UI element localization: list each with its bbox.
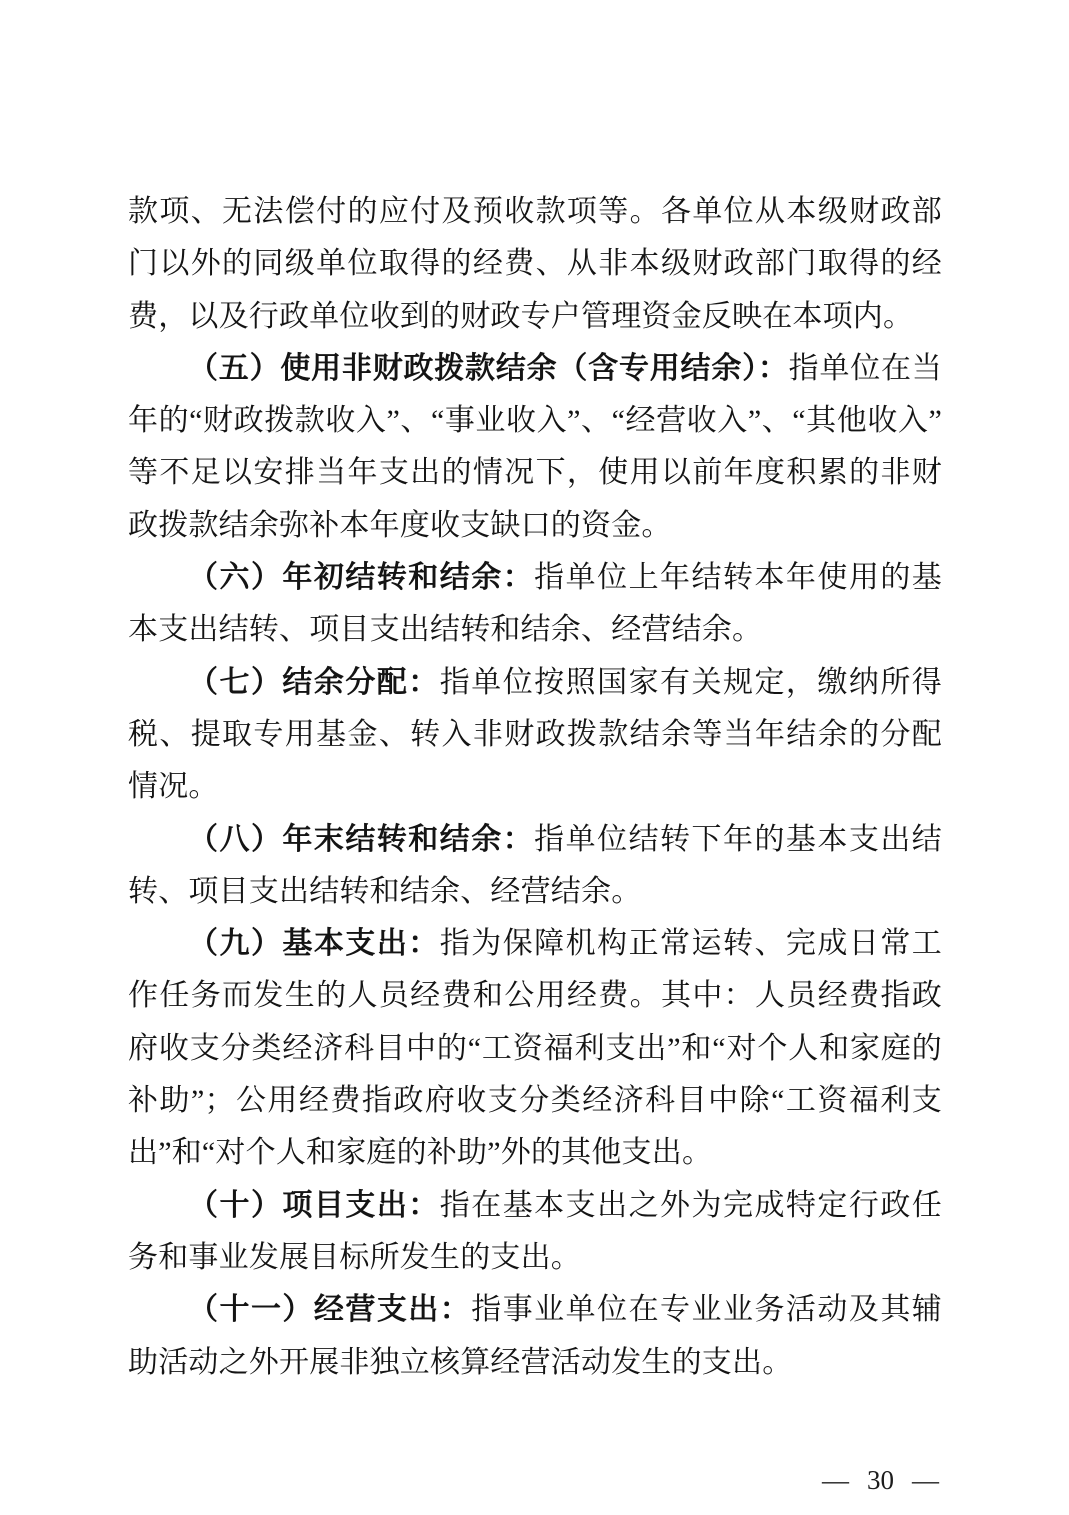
footer-dash-left: — xyxy=(822,1463,849,1497)
paragraph-continuation: 款项、无法偿付的应付及预收款项等。各单位从本级财政部门以外的同级单位取得的经费、… xyxy=(128,186,942,343)
paragraph-item-10: （十）项目支出：指在基本支出之外为完成特定行政任务和事业发展目标所发生的支出。 xyxy=(128,1180,942,1285)
paragraph-item-7: （七）结余分配：指单位按照国家有关规定，缴纳所得税、提取专用基金、转入非财政拨款… xyxy=(128,657,942,814)
paragraph-text: 指为保障机构正常运转、完成日常工作任务而发生的人员经费和公用经费。其中：人员经费… xyxy=(128,927,942,1169)
page-number: 30 xyxy=(867,1463,894,1497)
paragraph-item-11: （十一）经营支出：指事业单位在专业业务活动及其辅助活动之外开展非独立核算经营活动… xyxy=(128,1284,942,1389)
paragraph-item-6: （六）年初结转和结余：指单位上年结转本年使用的基本支出结转、项目支出结转和结余、… xyxy=(128,552,942,657)
footer-dash-right: — xyxy=(912,1463,939,1497)
paragraph-item-9: （九）基本支出：指为保障机构正常运转、完成日常工作任务而发生的人员经费和公用经费… xyxy=(128,918,942,1179)
paragraph-heading: （八）年末结转和结余： xyxy=(188,823,534,856)
paragraph-heading: （九）基本支出： xyxy=(188,927,440,960)
paragraph-item-8: （八）年末结转和结余：指单位结转下年的基本支出结转、项目支出结转和结余、经营结余… xyxy=(128,814,942,919)
page-footer: — 30 — xyxy=(822,1463,939,1497)
paragraph-heading: （五）使用非财政拨款结余（含专用结余）： xyxy=(188,352,789,385)
document-body: 款项、无法偿付的应付及预收款项等。各单位从本级财政部门以外的同级单位取得的经费、… xyxy=(128,186,942,1389)
document-page: 款项、无法偿付的应付及预收款项等。各单位从本级财政部门以外的同级单位取得的经费、… xyxy=(0,0,1069,1515)
paragraph-item-5: （五）使用非财政拨款结余（含专用结余）：指单位在当年的“财政拨款收入”、“事业收… xyxy=(128,343,942,552)
paragraph-text: 款项、无法偿付的应付及预收款项等。各单位从本级财政部门以外的同级单位取得的经费、… xyxy=(128,195,942,333)
paragraph-heading: （七）结余分配： xyxy=(188,666,440,699)
paragraph-heading: （十一）经营支出： xyxy=(188,1293,471,1326)
paragraph-heading: （十）项目支出： xyxy=(188,1189,440,1222)
paragraph-heading: （六）年初结转和结余： xyxy=(188,561,534,594)
